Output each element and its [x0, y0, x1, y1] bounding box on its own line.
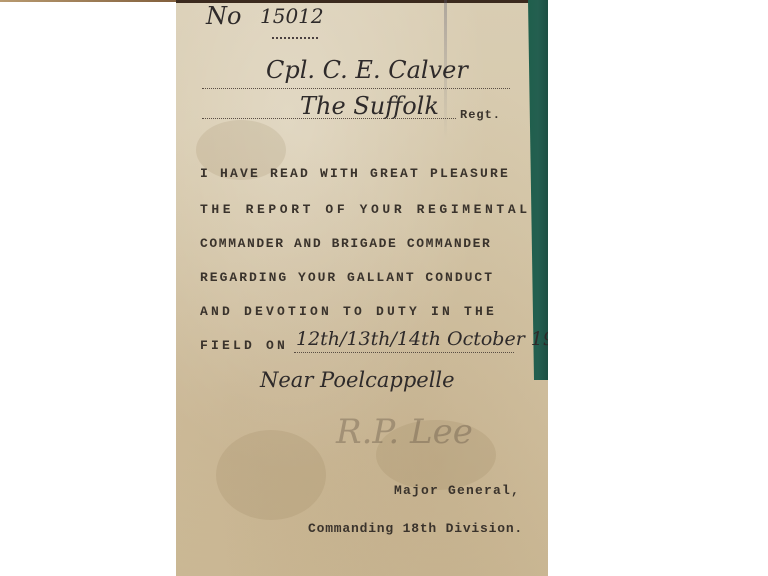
- body-line-4: REGARDING YOUR GALLANT CONDUCT: [200, 270, 494, 285]
- action-place: Near Poelcappelle: [260, 368, 455, 392]
- faded-signature: R.P. Lee: [336, 412, 473, 452]
- name-dotted-line: [202, 88, 510, 89]
- card-number: 15012: [260, 4, 324, 28]
- number-underline: [272, 34, 318, 39]
- recipient-regiment: The Suffolk: [300, 92, 439, 120]
- body-line-2: THE REPORT OF YOUR REGIMENTAL: [200, 202, 531, 217]
- recipient-name: Cpl. C. E. Calver: [266, 56, 468, 84]
- signatory-command: Commanding 18th Division.: [308, 521, 523, 536]
- body-line-1: I HAVE READ WITH GREAT PLEASURE: [200, 166, 510, 181]
- gallantry-card: No 15012 Cpl. C. E. Calver The Suffolk R…: [176, 0, 548, 576]
- paper-stain: [216, 430, 326, 520]
- date-dotted-line: [294, 352, 514, 353]
- body-line-6: FIELD ON: [200, 338, 288, 353]
- body-line-3: COMMANDER AND BRIGADE COMMANDER: [200, 236, 491, 251]
- body-line-5: AND DEVOTION TO DUTY IN THE: [200, 304, 497, 319]
- signatory-title: Major General,: [394, 483, 520, 498]
- green-backing-edge: [528, 0, 548, 380]
- card-number-label: No: [206, 2, 241, 30]
- regiment-suffix: Regt.: [460, 108, 501, 122]
- action-date: 12th/13th/14th October 1917: [296, 328, 548, 350]
